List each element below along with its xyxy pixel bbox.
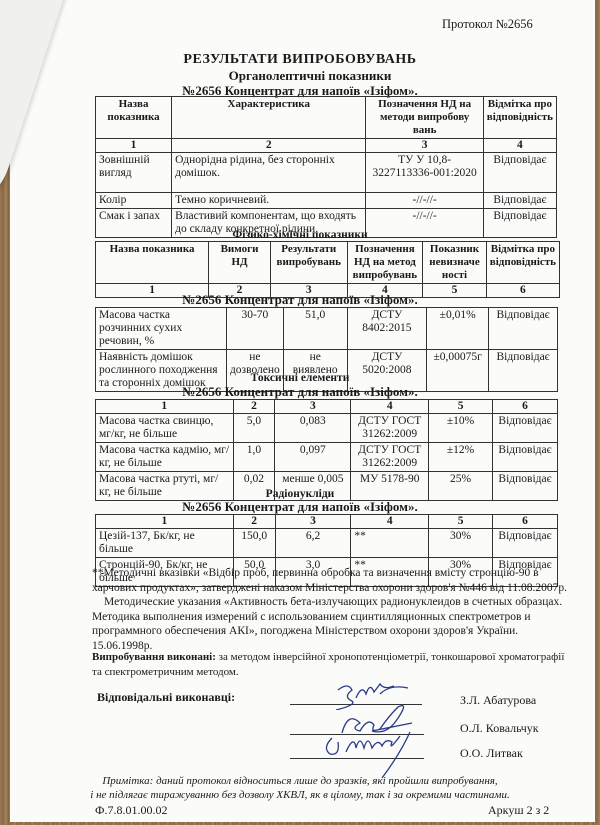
cell-method: ДСТУ 8402:2015 [347, 308, 427, 350]
cell-characteristic: Однорідна рідина, без сторонніх домішок. [172, 153, 366, 193]
document-title: РЕЗУЛЬТАТИ ВИПРОБОВУВАНЬ [0, 52, 600, 68]
cell-method: ДСТУ ГОСТ 31262:2009 [351, 414, 429, 443]
col-number: 2 [172, 139, 366, 153]
col-header: Результати випробувань [270, 242, 347, 284]
footnote-ukr: **Методичні вказівки «Відбір проб, перви… [92, 566, 572, 595]
cell-uncertainty: ±12% [429, 443, 493, 472]
cell-compliance: Відповідає [492, 414, 557, 443]
cell-uncertainty: 30% [429, 529, 493, 558]
table-row: Масова частка свинцю, мг/кг, не більше 5… [96, 414, 558, 443]
cell-name: Колір [96, 193, 172, 209]
cell-method: ТУ У 10,8-3227113336-001:2020 [366, 153, 483, 193]
section-title-physchem: Фізико-хімічні показники [0, 229, 600, 241]
toxic-table: 1 2 3 4 5 6 Масова частка свинцю, мг/кг,… [95, 399, 558, 501]
cell-characteristic: Темно коричневий. [172, 193, 366, 209]
table-row: Зовнішній вигляд Однорідна рідина, без с… [96, 153, 557, 193]
cell-compliance: Відповідає [492, 443, 557, 472]
form-code: Ф.7.8.01.00.02 [95, 803, 167, 818]
cell-compliance: Відповідає [492, 529, 557, 558]
col-header: Позначення НД на метод випробувань [347, 242, 423, 284]
tests-label: Випробування виконані: [92, 651, 216, 663]
organoleptic-table: Назва показника Характеристика Позначенн… [95, 96, 557, 238]
col-header: Позначення НД на методи випробову вань [366, 97, 483, 139]
section-title-organoleptic: Органолептичні показники [0, 68, 600, 84]
cell-result: 0,083 [275, 414, 351, 443]
cell-name: Цезій-137, Бк/кг, не більше [96, 529, 234, 558]
note-line-2: і не підлягає тиражуванню без дозволу ХК… [0, 788, 600, 802]
cell-result: 6,2 [275, 529, 351, 558]
cell-method: -//-//- [366, 193, 483, 209]
col-number: 4 [351, 515, 429, 529]
table-row: Колір Темно коричневий. -//-//- Відповід… [96, 193, 557, 209]
col-number: 3 [275, 515, 351, 529]
table-row: Масова частка розчинних сухих речовин, %… [96, 308, 558, 350]
cell-uncertainty: ±0,01% [427, 308, 489, 350]
cell-requirement: 5,0 [233, 414, 275, 443]
note-line-1: Примітка: даний протокол відноситься лиш… [0, 774, 600, 788]
protocol-number: Протокол №2656 [442, 17, 533, 32]
footnote-rus: Методические указания «Активность бета-и… [92, 595, 572, 653]
cell-compliance: Відповідає [489, 308, 558, 350]
cell-method: ** [351, 529, 429, 558]
cell-uncertainty: ±10% [429, 414, 493, 443]
cell-name: Масова частка розчинних сухих речовин, % [96, 308, 227, 350]
cell-method: ДСТУ ГОСТ 31262:2009 [351, 443, 429, 472]
col-number: 5 [429, 400, 493, 414]
col-header: Назва показника [96, 97, 172, 139]
col-number: 3 [366, 139, 483, 153]
col-header: Відмітка про відповідність [486, 242, 559, 284]
col-number: 4 [351, 400, 429, 414]
tests-performed: Випробування виконані: за методом інверс… [92, 650, 572, 679]
col-number: 6 [492, 400, 557, 414]
col-number: 1 [96, 139, 172, 153]
responsible-label: Відповідальні виконавці: [97, 690, 235, 705]
table-row: Цезій-137, Бк/кг, не більше 150,0 6,2 **… [96, 529, 558, 558]
signer-name-2: О.Л. Ковальчук [460, 721, 539, 736]
product-title-radio: №2656 Концентрат для напоїв «Ізіфом». [0, 499, 600, 515]
signer-name-3: О.О. Литвак [460, 746, 523, 761]
section-title-toxic: Токсичні елементи [0, 372, 600, 384]
col-header: Відмітка про відповідність [483, 97, 556, 139]
col-number: 4 [483, 139, 556, 153]
signer-name-1: З.Л. Абатурова [460, 693, 536, 708]
col-number: 1 [96, 515, 234, 529]
col-number: 3 [275, 400, 351, 414]
physchem-header-table: Назва показника Вимоги НД Результати вип… [95, 241, 560, 298]
cell-requirement: 30-70 [226, 308, 283, 350]
cell-compliance: Відповідає [483, 193, 556, 209]
col-header: Вимоги НД [209, 242, 271, 284]
col-number: 2 [233, 400, 275, 414]
col-header: Назва показника [96, 242, 209, 284]
col-number: 1 [96, 400, 234, 414]
col-number: 5 [429, 515, 493, 529]
cell-compliance: Відповідає [483, 153, 556, 193]
cell-name: Зовнішній вигляд [96, 153, 172, 193]
product-title-toxic: №2656 Концентрат для напоїв «Ізіфом». [0, 384, 600, 400]
cell-name: Масова частка кадмію, мг/кг, не більше [96, 443, 234, 472]
col-header: Характеристика [172, 97, 366, 139]
cell-requirement: 1,0 [233, 443, 275, 472]
col-header: Показник невизначе ності [423, 242, 487, 284]
product-title-physchem: №2656 Концентрат для напоїв «Ізіфом». [0, 292, 600, 308]
col-number: 2 [233, 515, 275, 529]
cell-name: Масова частка свинцю, мг/кг, не більше [96, 414, 234, 443]
cell-result: 0,097 [275, 443, 351, 472]
sheet-number: Аркуш 2 з 2 [488, 803, 549, 818]
cell-requirement: 150,0 [233, 529, 275, 558]
table-row: Масова частка кадмію, мг/кг, не більше 1… [96, 443, 558, 472]
cell-result: 51,0 [283, 308, 347, 350]
col-number: 6 [492, 515, 557, 529]
